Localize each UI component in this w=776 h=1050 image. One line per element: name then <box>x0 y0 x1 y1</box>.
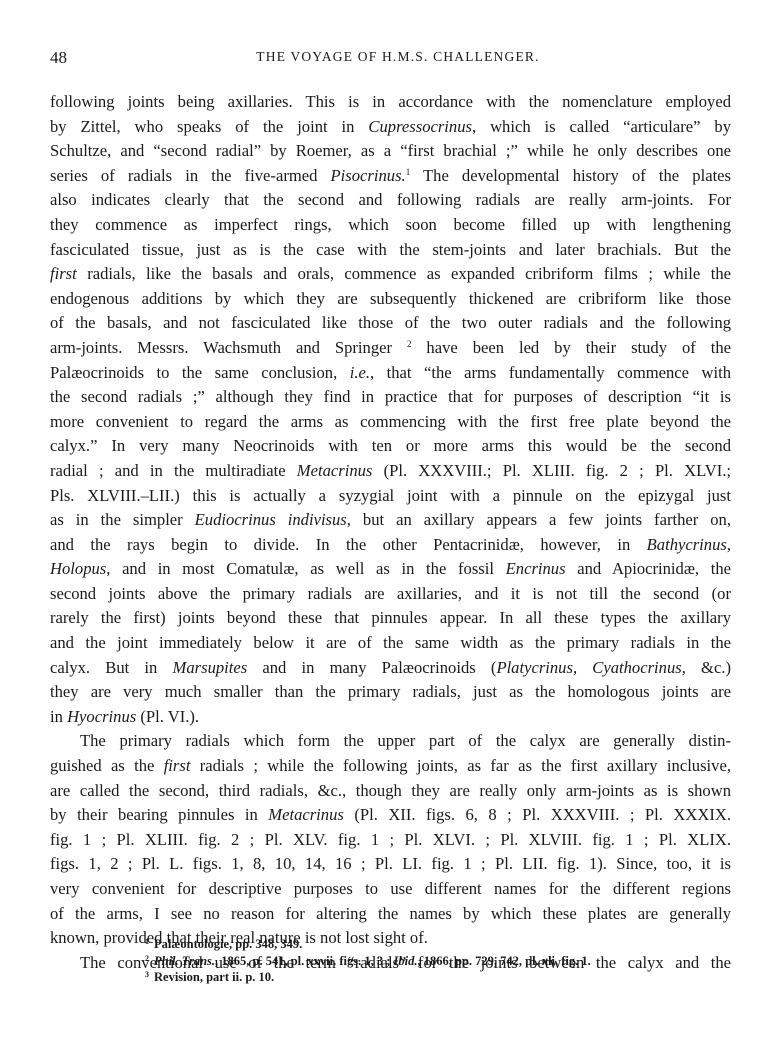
text-run: of the basals, and not fasciculated like… <box>50 313 731 332</box>
text-run: , 1865, p. 541, pl. xxvii. figs. 1, 3 ; <box>215 954 394 968</box>
text-run: in <box>50 707 67 726</box>
text-run: The primary radials which form the upper… <box>80 731 731 750</box>
footnote-marker: 2 <box>145 954 149 963</box>
text-line: they are very much smaller than the prim… <box>50 680 731 705</box>
text-run: , but an axillary appears a few joints f… <box>347 510 731 529</box>
text-run: &c.) <box>686 658 731 677</box>
italic-text: Platycrinus, Cyathocrinus, <box>496 658 685 677</box>
text-run: following joints being axillaries. This … <box>50 92 731 111</box>
text-line: arm-joints. Messrs. Wachsmuth and Spring… <box>50 336 731 361</box>
text-line: first radials, like the basals and orals… <box>50 262 731 287</box>
text-line: and the joint immediately below it are o… <box>50 631 731 656</box>
text-run: , which is called “articulare” by <box>472 117 731 136</box>
text-run: they commence as imperfect rings, which … <box>50 215 731 234</box>
text-run: have been led by their study of the <box>411 338 731 357</box>
text-line: in Hyocrinus (Pl. VI.). <box>50 705 731 730</box>
text-line: and the rays begin to divide. In the oth… <box>50 533 731 558</box>
text-line: endogenous additions by which they are s… <box>50 287 731 312</box>
text-run: rarely the first) joints beyond these th… <box>50 608 731 627</box>
text-run: by Zittel, who speaks of the joint in <box>50 117 368 136</box>
text-run: fig. 1 ; Pl. XLIII. fig. 2 ; Pl. XLV. fi… <box>50 830 731 849</box>
text-run: , and in most Comatulæ, as well as in th… <box>106 559 505 578</box>
text-line: rarely the first) joints beyond these th… <box>50 606 731 631</box>
text-run: and the rays begin to divide. In the oth… <box>50 535 647 554</box>
italic-text: Metacrinus <box>268 805 344 824</box>
text-line: also indicates clearly that the second a… <box>50 188 731 213</box>
text-run: more convenient to regard the arms as co… <box>50 412 731 431</box>
text-run: The developmental history of the plates <box>410 166 731 185</box>
text-line: The primary radials which form the upper… <box>50 729 731 754</box>
text-run: series of radials in the five-armed <box>50 166 331 185</box>
text-line: Palæocrinoids to the same conclusion, i.… <box>50 361 731 386</box>
text-line: calyx.” In very many Neocrinoids with te… <box>50 434 731 459</box>
text-line: calyx. But in Marsupites and in many Pal… <box>50 656 731 681</box>
text-run: are called the second, third radials, &c… <box>50 781 731 800</box>
body-text: following joints being axillaries. This … <box>50 90 731 975</box>
text-run: by their bearing pinnules in <box>50 805 268 824</box>
text-run: radials ; while the following joints, as… <box>190 756 731 775</box>
text-line: series of radials in the five-armed Piso… <box>50 164 731 189</box>
page-header: 48 THE VOYAGE OF H.M.S. CHALLENGER. <box>50 48 746 68</box>
text-run: and in many Palæocrinoids ( <box>247 658 496 677</box>
footnotes: 1Palæontologie, pp. 348, 349.2Phil. Tran… <box>145 936 745 986</box>
text-run: calyx.” In very many Neocrinoids with te… <box>50 436 731 455</box>
text-run: fasciculated tissue, just as is the case… <box>50 240 731 259</box>
italic-text: Holopus <box>50 559 106 578</box>
text-run: of the arms, I see no reason for alterin… <box>50 904 731 923</box>
text-run: , 1866, pp. 729, 742, pl. xli. fig. 1. <box>417 954 590 968</box>
italic-text: i.e. <box>350 363 370 382</box>
text-run: (Pl. XXXVIII.; Pl. XLIII. fig. 2 ; Pl. X… <box>372 461 731 480</box>
text-line: second joints above the primary radials … <box>50 582 731 607</box>
text-line: Holopus, and in most Comatulæ, as well a… <box>50 557 731 582</box>
text-line: fasciculated tissue, just as is the case… <box>50 238 731 263</box>
footnote: 1Palæontologie, pp. 348, 349. <box>145 936 745 953</box>
italic-text: Ibid. <box>394 954 418 968</box>
text-line: radial ; and in the multiradiate Metacri… <box>50 459 731 484</box>
text-line: Pls. XLVIII.–LII.) this is actually a sy… <box>50 484 731 509</box>
text-run: calyx. But in <box>50 658 173 677</box>
footnote-marker: 1 <box>145 937 149 946</box>
text-run: very convenient for descriptive purposes… <box>50 879 731 898</box>
text-run: Schultze, and “second radial” by Roemer,… <box>50 141 731 160</box>
text-run: Revision, part ii. p. 10. <box>154 970 274 984</box>
text-run: the second radials ;” although they find… <box>50 387 731 406</box>
text-line: following joints being axillaries. This … <box>50 90 731 115</box>
text-run: Pls. XLVIII.–LII.) this is actually a sy… <box>50 486 731 505</box>
italic-text: Metacrinus <box>297 461 373 480</box>
text-line: fig. 1 ; Pl. XLIII. fig. 2 ; Pl. XLV. fi… <box>50 828 731 853</box>
text-run: figs. 1, 2 ; Pl. L. figs. 1, 8, 10, 14, … <box>50 854 731 873</box>
text-run: (Pl. VI.). <box>136 707 199 726</box>
italic-text: Bathycrinus, <box>647 535 731 554</box>
italic-text: first <box>50 264 77 283</box>
italic-text: Pisocrinus. <box>331 166 406 185</box>
italic-text: Eudiocrinus indivisus <box>195 510 347 529</box>
text-run: (Pl. XII. figs. 6, 8 ; Pl. XXXVIII. ; Pl… <box>344 805 731 824</box>
text-line: very convenient for descriptive purposes… <box>50 877 731 902</box>
text-run: and Apiocrinidæ, the <box>566 559 731 578</box>
text-run: also indicates clearly that the second a… <box>50 190 731 209</box>
italic-text: Cupressocrinus <box>368 117 472 136</box>
text-run: as in the simpler <box>50 510 195 529</box>
italic-text: Hyocrinus <box>67 707 136 726</box>
text-run: Palæocrinoids to the same conclusion, <box>50 363 350 382</box>
italic-text: Marsupites <box>173 658 248 677</box>
text-line: of the basals, and not fasciculated like… <box>50 311 731 336</box>
text-run: radial ; and in the multiradiate <box>50 461 297 480</box>
text-run: arm-joints. Messrs. Wachsmuth and Spring… <box>50 338 407 357</box>
text-run: , that “the arms fundamentally commence … <box>370 363 731 382</box>
footnote: 3Revision, part ii. p. 10. <box>145 969 745 986</box>
text-line: by Zittel, who speaks of the joint in Cu… <box>50 115 731 140</box>
italic-text: Phil. Trans. <box>154 954 215 968</box>
text-line: Schultze, and “second radial” by Roemer,… <box>50 139 731 164</box>
text-line: more convenient to regard the arms as co… <box>50 410 731 435</box>
text-line: are called the second, third radials, &c… <box>50 779 731 804</box>
text-run: radials, like the basals and orals, comm… <box>77 264 731 283</box>
text-run: they are very much smaller than the prim… <box>50 682 731 701</box>
text-run: guished as the <box>50 756 164 775</box>
text-run: endogenous additions by which they are s… <box>50 289 731 308</box>
footnote-marker: 3 <box>145 970 149 979</box>
text-line: they commence as imperfect rings, which … <box>50 213 731 238</box>
italic-text: first <box>164 756 191 775</box>
text-line: guished as the first radials ; while the… <box>50 754 731 779</box>
text-run: and the joint immediately below it are o… <box>50 633 731 652</box>
text-line: by their bearing pinnules in Metacrinus … <box>50 803 731 828</box>
text-run: Palæontologie, pp. 348, 349. <box>154 937 302 951</box>
footnote: 2Phil. Trans., 1865, p. 541, pl. xxvii. … <box>145 953 745 970</box>
text-line: the second radials ;” although they find… <box>50 385 731 410</box>
running-title: THE VOYAGE OF H.M.S. CHALLENGER. <box>50 49 746 65</box>
text-line: of the arms, I see no reason for alterin… <box>50 902 731 927</box>
text-run: second joints above the primary radials … <box>50 584 731 603</box>
italic-text: Encrinus <box>506 559 566 578</box>
text-line: as in the simpler Eudiocrinus indivisus,… <box>50 508 731 533</box>
text-line: figs. 1, 2 ; Pl. L. figs. 1, 8, 10, 14, … <box>50 852 731 877</box>
